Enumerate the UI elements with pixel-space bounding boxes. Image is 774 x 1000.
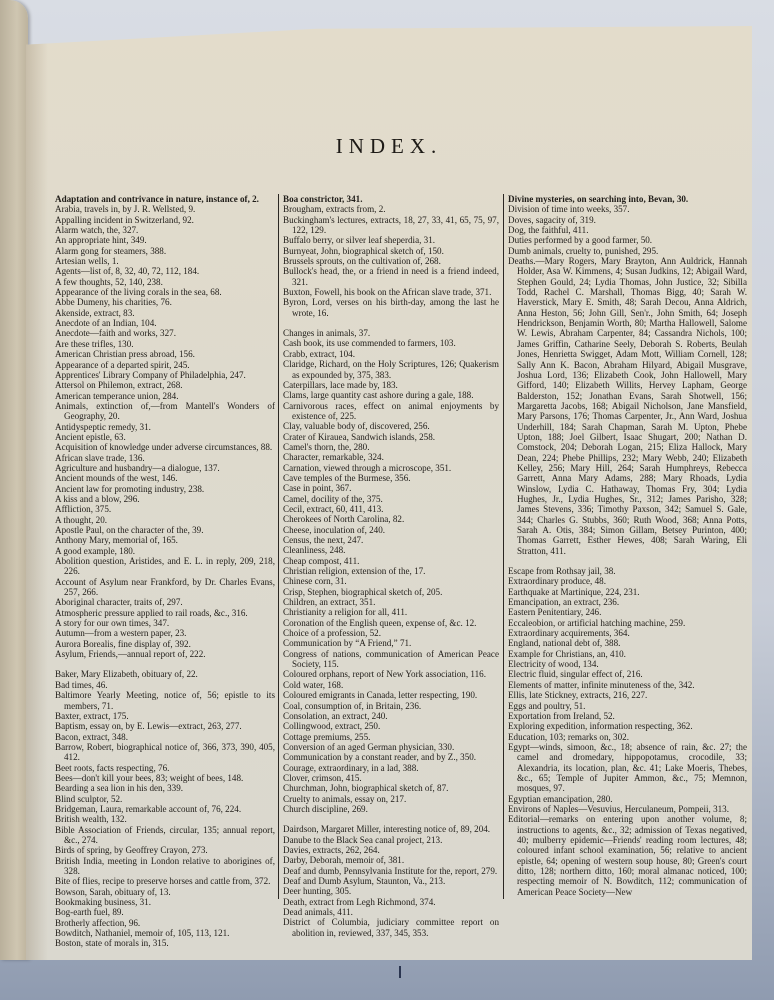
index-entry: Extraordinary acquirements, 364.: [508, 628, 747, 638]
index-entry: Cecil, extract, 60, 411, 413.: [283, 504, 499, 514]
index-entry: A story for our own times, 347.: [55, 618, 275, 628]
section-gap: [508, 556, 747, 566]
index-entry: Appearance of a departed spirit, 245.: [55, 360, 275, 370]
index-entry: Buxton, Fowell, his book on the African …: [283, 287, 499, 297]
index-entry: Apostle Paul, on the character of the, 3…: [55, 525, 275, 535]
index-entry: Anthony Mary, memorial of, 165.: [55, 535, 275, 545]
index-entry: Atmospheric pressure applied to rail roa…: [55, 608, 275, 618]
index-entry: Egypt—winds, simoon, &c., 18; absence of…: [508, 742, 747, 794]
index-entry: Divine mysteries, on searching into, Bev…: [508, 194, 747, 204]
index-entry: Consolation, an extract, 240.: [283, 711, 499, 721]
index-entry: Carnivorous races, effect on animal enjo…: [283, 401, 499, 422]
section-gap: [283, 318, 499, 328]
index-entry: Attersol on Philemon, extract, 268.: [55, 380, 275, 390]
index-entry: Conversion of an aged German physician, …: [283, 742, 499, 752]
index-entry: Ancient epistle, 63.: [55, 432, 275, 442]
index-entry: Buckingham's lectures, extracts, 18, 27,…: [283, 215, 499, 236]
index-entry: Are these trifles, 130.: [55, 339, 275, 349]
index-entry: Baxter, extract, 175.: [55, 711, 275, 721]
index-entry: Editorial—remarks on entering upon anoth…: [508, 814, 747, 897]
index-entry: Congress of nations, communication of Am…: [283, 649, 499, 670]
index-entry: Environs of Naples—Vesuvius, Herculaneum…: [508, 804, 747, 814]
index-entry: Choice of a profession, 52.: [283, 628, 499, 638]
index-entry: Doves, sagacity of, 319.: [508, 215, 747, 225]
index-entry: American temperance union, 284.: [55, 391, 275, 401]
index-entry: Darby, Deborah, memoir of, 381.: [283, 855, 499, 865]
index-entry: American Christian press abroad, 156.: [55, 349, 275, 359]
index-entry: Eastern Penitentiary, 246.: [508, 607, 747, 617]
index-entry: Blind sculptor, 52.: [55, 794, 275, 804]
index-entry: Coal, consumption of, in Britain, 236.: [283, 701, 499, 711]
index-entry: Account of Asylum near Frankford, by Dr.…: [55, 577, 275, 598]
index-entry: Apprentices' Library Company of Philadel…: [55, 370, 275, 380]
index-entry: Brotherly affection, 96.: [55, 918, 275, 928]
index-entry: Birds of spring, by Geoffrey Crayon, 273…: [55, 845, 275, 855]
index-entry: Baker, Mary Elizabeth, obituary of, 22.: [55, 669, 275, 679]
index-entry: Cave temples of the Burmese, 356.: [283, 473, 499, 483]
index-entry: Coronation of the English queen, expense…: [283, 618, 499, 628]
index-entry: Abolition question, Aristides, and E. L.…: [55, 556, 275, 577]
index-entry: Churchman, John, biographical sketch of,…: [283, 783, 499, 793]
index-entry: Cash book, its use commended to farmers,…: [283, 338, 499, 348]
index-column-1: Adaptation and contrivance in nature, in…: [52, 194, 278, 899]
index-entry: Baptism, essay on, by E. Lewis—extract, …: [55, 721, 275, 731]
index-entry: Bite of flies, recipe to preserve horses…: [55, 876, 275, 886]
index-entry: Brougham, extracts from, 2.: [283, 204, 499, 214]
index-entry: Bridgeman, Laura, remarkable account of,…: [55, 804, 275, 814]
index-entry: Children, an extract, 351.: [283, 597, 499, 607]
index-entry: Acquisition of knowledge under adverse c…: [55, 442, 275, 452]
index-entry: Chinese corn, 31.: [283, 576, 499, 586]
index-entry: Eggs and poultry, 51.: [508, 701, 747, 711]
section-gap: [283, 814, 499, 824]
index-entry: Clay, valuable body of, discovered, 256.: [283, 421, 499, 431]
index-entry: Deaf and Dumb Asylum, Staunton, Va., 213…: [283, 876, 499, 886]
index-entry: Cruelty to animals, essay on, 217.: [283, 794, 499, 804]
index-entry: England, national debt of, 388.: [508, 638, 747, 648]
index-entry: Aboriginal character, traits of, 297.: [55, 597, 275, 607]
index-entry: Bearding a sea lion in his den, 339.: [55, 783, 275, 793]
index-entry: Cottage premiums, 255.: [283, 732, 499, 742]
index-entry: Boston, state of morals in, 315.: [55, 938, 275, 948]
index-entry: Education, 103; remarks on, 302.: [508, 732, 747, 742]
index-entry: Agriculture and husbandry—a dialogue, 13…: [55, 463, 275, 473]
index-entry: Death, extract from Legh Richmond, 374.: [283, 897, 499, 907]
index-column-2: Boa constrictor, 341.Brougham, extracts …: [278, 194, 504, 899]
index-entry: Escape from Rothsay jail, 38.: [508, 566, 747, 576]
index-entry: Clams, large quantity cast ashore during…: [283, 390, 499, 400]
index-entry: Case in point, 367.: [283, 483, 499, 493]
index-entry: Deaths.—Mary Rogers, Mary Brayton, Ann A…: [508, 256, 747, 556]
index-entry: Agents—list of, 8, 32, 40, 72, 112, 184.: [55, 266, 275, 276]
index-entry: African slave trade, 136.: [55, 453, 275, 463]
index-entry: Asylum, Friends,—annual report of, 222.: [55, 649, 275, 659]
index-column-3: Divine mysteries, on searching into, Bev…: [504, 194, 750, 899]
index-entry: An appropriate hint, 349.: [55, 235, 275, 245]
index-entry: Artesian wells, 1.: [55, 256, 275, 266]
index-entry: Cold water, 168.: [283, 680, 499, 690]
index-entry: Duties performed by a good farmer, 50.: [508, 235, 747, 245]
index-entry: Barrow, Robert, biographical notice of, …: [55, 742, 275, 763]
index-entry: Bacon, extract, 348.: [55, 732, 275, 742]
index-entry: Davies, extracts, 262, 264.: [283, 845, 499, 855]
index-entry: Byron, Lord, verses on his birth-day, am…: [283, 297, 499, 318]
index-entry: Bible Association of Friends, circular, …: [55, 825, 275, 846]
index-entry: Example for Christians, an, 410.: [508, 649, 747, 659]
index-entry: Bad times, 46.: [55, 680, 275, 690]
index-entry: Akenside, extract, 83.: [55, 308, 275, 318]
index-entry: Appearance of the living corals in the s…: [55, 287, 275, 297]
index-entry: Extraordinary produce, 48.: [508, 576, 747, 586]
index-entry: Church discipline, 269.: [283, 804, 499, 814]
index-entry: Ancient mounds of the west, 146.: [55, 473, 275, 483]
index-entry: Antidyspeptic remedy, 31.: [55, 422, 275, 432]
index-entry: Emancipation, an extract, 236.: [508, 597, 747, 607]
index-entry: Arabia, travels in, by J. R. Wellsted, 9…: [55, 204, 275, 214]
index-entry: Baltimore Yearly Meeting, notice of, 56;…: [55, 690, 275, 711]
index-entry: Anecdote of an Indian, 104.: [55, 318, 275, 328]
index-entry: Anecdote—faith and works, 327.: [55, 328, 275, 338]
index-entry: Aurora Borealis, fine display of, 392.: [55, 639, 275, 649]
index-entry: Crisp, Stephen, biographical sketch of, …: [283, 587, 499, 597]
index-entry: Earthquake at Martinique, 224, 231.: [508, 587, 747, 597]
index-entry: Alarm gong for steamers, 388.: [55, 246, 275, 256]
book-cover-edge: [0, 0, 28, 960]
index-entry: Burnyeat, John, biographical sketch of, …: [283, 246, 499, 256]
index-entry: Exploring expedition, information respec…: [508, 721, 747, 731]
index-entry: Exportation from Ireland, 52.: [508, 711, 747, 721]
index-entry: Ellis, late Stickney, extracts, 216, 227…: [508, 690, 747, 700]
index-entry: Autumn—from a western paper, 23.: [55, 628, 275, 638]
index-entry: Bog-earth fuel, 89.: [55, 907, 275, 917]
index-entry: Communication by “A Friend,” 71.: [283, 638, 499, 648]
index-entry: Deer hunting, 305.: [283, 886, 499, 896]
pen-mark: [399, 966, 401, 978]
index-entry: Courage, extraordinary, in a lad, 388.: [283, 763, 499, 773]
index-entry: Dog, the faithful, 411.: [508, 225, 747, 235]
index-entry: Beet roots, facts respecting, 76.: [55, 763, 275, 773]
index-entry: Christianity a religion for all, 411.: [283, 607, 499, 617]
index-entry: Cleanliness, 248.: [283, 545, 499, 555]
index-entry: Bees—don't kill your bees, 83; weight of…: [55, 773, 275, 783]
index-entry: Character, remarkable, 324.: [283, 452, 499, 462]
index-entry: Bowditch, Nathaniel, memoir of, 105, 113…: [55, 928, 275, 938]
index-entry: District of Columbia, judiciary committe…: [283, 917, 499, 938]
index-entry: Coloured orphans, report of New York ass…: [283, 669, 499, 679]
index-entry: Dairdson, Margaret Miller, interesting n…: [283, 824, 499, 834]
index-entry: Census, the next, 247.: [283, 535, 499, 545]
index-entry: Bookmaking business, 31.: [55, 897, 275, 907]
index-entry: Claridge, Richard, on the Holy Scripture…: [283, 359, 499, 380]
section-gap: [55, 659, 275, 669]
index-entry: Electric fluid, singular effect of, 216.: [508, 669, 747, 679]
index-entry: Bowson, Sarah, obituary of, 13.: [55, 887, 275, 897]
index-entry: Changes in animals, 37.: [283, 328, 499, 338]
index-entry: A thought, 20.: [55, 515, 275, 525]
index-entry: Division of time into weeks, 357.: [508, 204, 747, 214]
index-entry: Caterpillars, lace made by, 183.: [283, 380, 499, 390]
index-entry: Electricity of wood, 134.: [508, 659, 747, 669]
index-entry: Cheese, inoculation of, 240.: [283, 525, 499, 535]
index-entry: A kiss and a blow, 296.: [55, 494, 275, 504]
index-entry: Crater of Kirauea, Sandwich islands, 258…: [283, 432, 499, 442]
index-entry: Dead animals, 411.: [283, 907, 499, 917]
index-entry: British India, meeting in London relativ…: [55, 856, 275, 877]
index-entry: Animals, extinction of,—from Mantell's W…: [55, 401, 275, 422]
index-entry: Adaptation and contrivance in nature, in…: [55, 194, 275, 204]
index-entry: Collingwood, extract, 250.: [283, 721, 499, 731]
index-entry: Affliction, 375.: [55, 504, 275, 514]
index-entry: A few thoughts, 52, 140, 238.: [55, 277, 275, 287]
index-entry: Abbe Dumeny, his charities, 76.: [55, 297, 275, 307]
index-entry: Bullock's head, the, or a friend in need…: [283, 266, 499, 287]
index-entry: A good example, 180.: [55, 546, 275, 556]
index-entry: Danube to the Black Sea canal project, 2…: [283, 835, 499, 845]
index-entry: Dumb animals, cruelty to, punished, 295.: [508, 246, 747, 256]
index-entry: Buffalo berry, or silver leaf sheperdia,…: [283, 235, 499, 245]
index-entry: Camel's thorn, the, 280.: [283, 442, 499, 452]
index-columns: Adaptation and contrivance in nature, in…: [52, 194, 750, 899]
index-entry: Crabb, extract, 104.: [283, 349, 499, 359]
index-entry: Christian religion, extension of the, 17…: [283, 566, 499, 576]
index-entry: Deaf and dumb, Pennsylvania Institute fo…: [283, 866, 499, 876]
index-entry: Camel, docility of the, 375.: [283, 494, 499, 504]
index-entry: Communication by a constant reader, and …: [283, 752, 499, 762]
index-entry: Cherokees of North Carolina, 82.: [283, 514, 499, 524]
index-entry: British wealth, 132.: [55, 814, 275, 824]
index-entry: Alarm watch, the, 327.: [55, 225, 275, 235]
index-entry: Egyptian emancipation, 280.: [508, 794, 747, 804]
index-entry: Coloured emigrants in Canada, letter res…: [283, 690, 499, 700]
index-entry: Clover, crimson, 415.: [283, 773, 499, 783]
index-entry: Carnation, viewed through a microscope, …: [283, 463, 499, 473]
index-page: INDEX. Adaptation and contrivance in nat…: [26, 26, 752, 960]
index-entry: Appalling incident in Switzerland, 92.: [55, 215, 275, 225]
index-entry: Brussels sprouts, on the cultivation of,…: [283, 256, 499, 266]
index-entry: Eccaleobion, or artificial hatching mach…: [508, 618, 747, 628]
index-entry: Ancient law for promoting industry, 238.: [55, 484, 275, 494]
index-entry: Elements of matter, infinite minuteness …: [508, 680, 747, 690]
index-entry: Cheap compost, 411.: [283, 556, 499, 566]
index-entry: Boa constrictor, 341.: [283, 194, 499, 204]
page-title: INDEX.: [26, 134, 752, 159]
